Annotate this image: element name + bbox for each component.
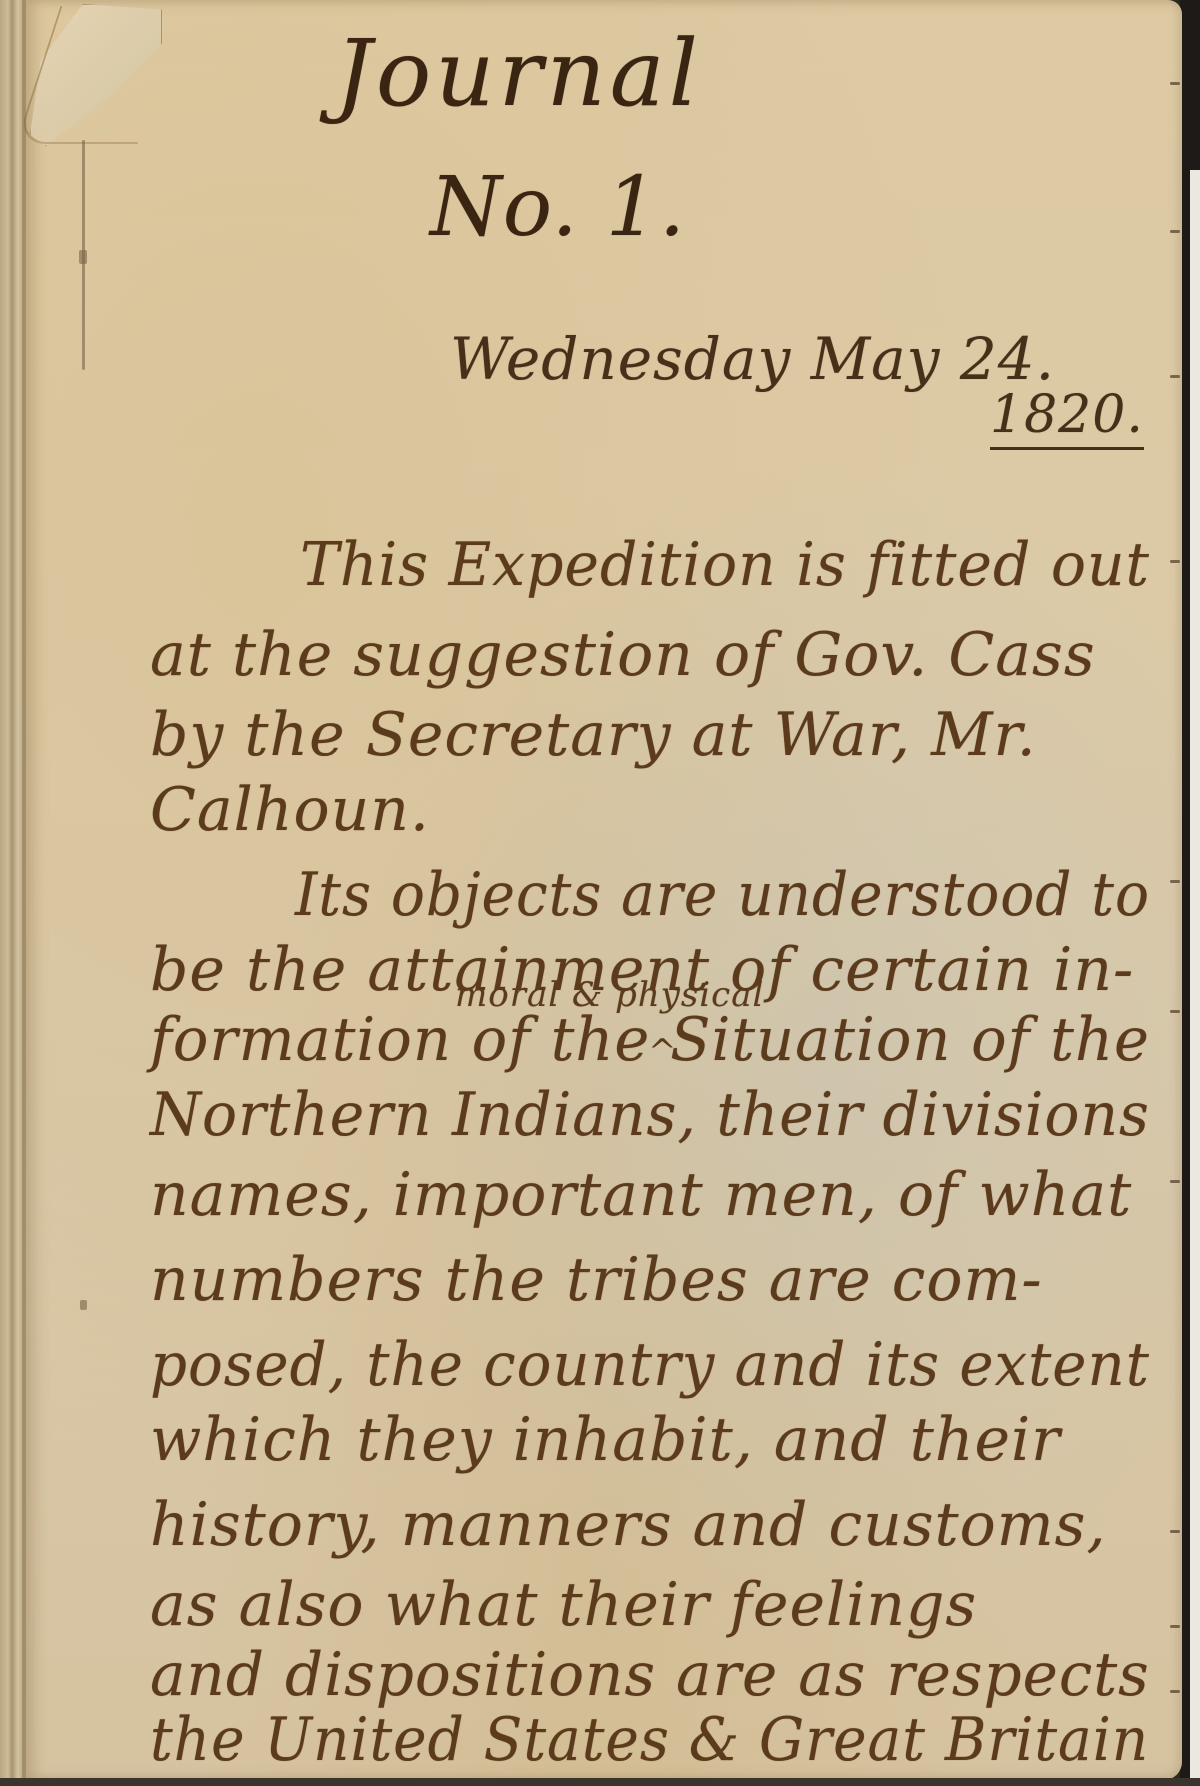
journal-number: No. 1. [430, 160, 686, 255]
margin-mark [1170, 560, 1180, 563]
body-line: formation of the Situation of the [150, 1005, 1150, 1075]
entry-year: 1820. [990, 385, 1144, 450]
manuscript-scan: Journal No. 1. Wednesday May 24. 1820. T… [0, 0, 1200, 1786]
margin-mark [1170, 230, 1180, 233]
background-right-light [1190, 170, 1200, 1786]
body-line: names, important men, of what [150, 1160, 1132, 1230]
body-line: which they inhabit, and their [150, 1405, 1061, 1475]
margin-mark [1170, 1625, 1180, 1628]
margin-mark [1170, 1530, 1180, 1533]
body-line: as also what their feelings [150, 1570, 977, 1640]
body-line: by the Secretary at War, Mr. [150, 700, 1037, 770]
background-bottom [0, 1778, 1200, 1786]
margin-mark [1170, 880, 1180, 883]
body-line: posed, the country and its extent [150, 1330, 1150, 1400]
journal-title: Journal [335, 20, 702, 127]
binding-stitch-hole [79, 250, 87, 264]
margin-mark [1170, 1690, 1180, 1693]
body-line: at the suggestion of Gov. Cass [150, 620, 1096, 690]
body-line: and dispositions are as respects [150, 1640, 1150, 1710]
body-line: Its objects are understood to [295, 860, 1150, 930]
body-line: Northern Indians, their divisions [150, 1080, 1150, 1150]
margin-mark [1170, 375, 1180, 378]
body-line: the United States & Great Britain [150, 1705, 1149, 1775]
binding-stitch-hole [80, 1300, 87, 1310]
body-line: Calhoun. [150, 775, 430, 845]
margin-mark [1170, 1010, 1180, 1013]
entry-date: Wednesday May 24. [450, 325, 1055, 393]
margin-mark [1170, 82, 1180, 85]
body-line: numbers the tribes are com- [150, 1245, 1043, 1315]
body-line: history, manners and customs, [150, 1490, 1107, 1560]
body-line: This Expedition is fitted out [300, 530, 1150, 600]
margin-mark [1170, 1180, 1180, 1183]
